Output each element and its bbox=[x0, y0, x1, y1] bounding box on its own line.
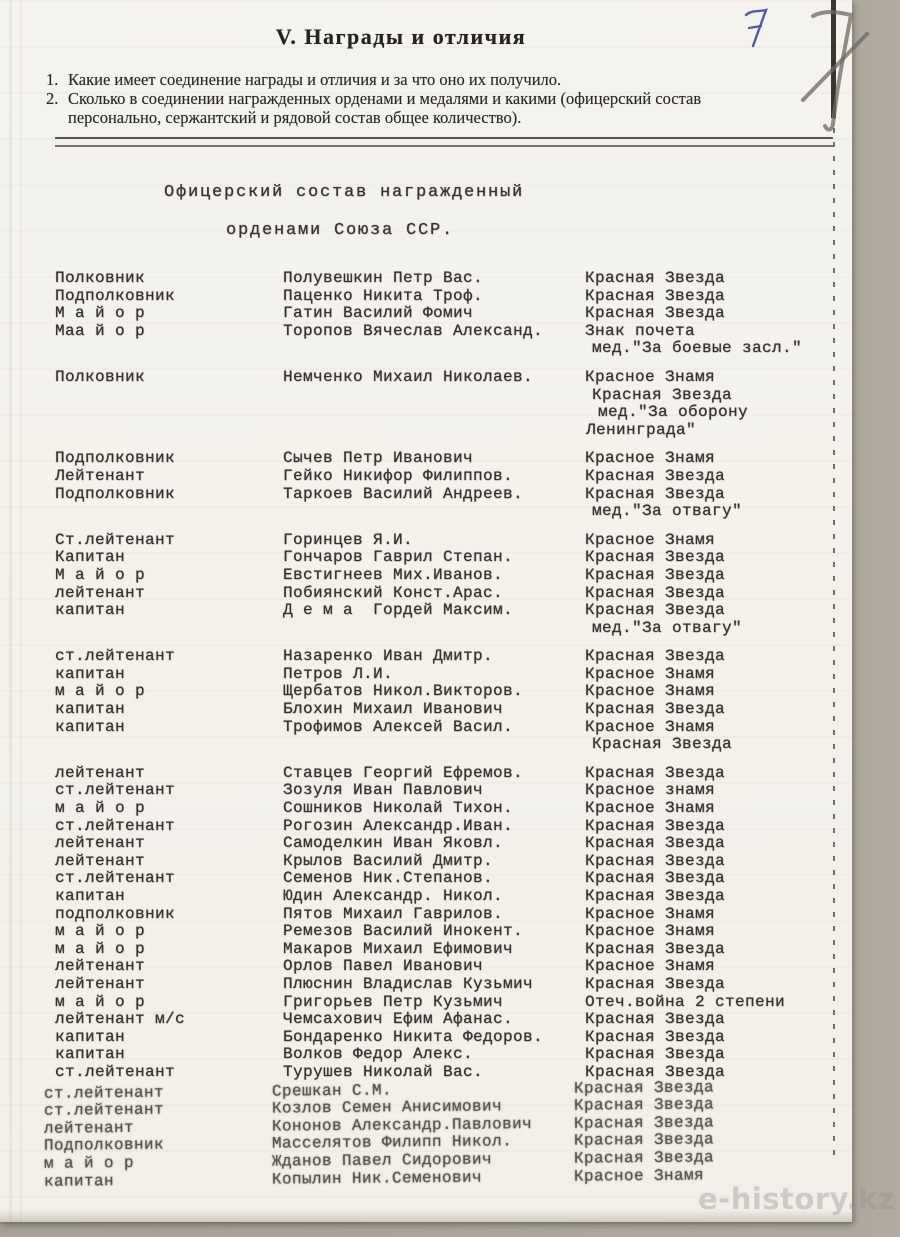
award-line: Красная Звезда bbox=[585, 976, 825, 994]
name-cell: Волков Федор Алекс. bbox=[283, 1046, 585, 1064]
rank-cell: лейтенант bbox=[55, 976, 283, 994]
awards-cell: Красная Звезда bbox=[585, 585, 825, 603]
name-cell: Сычев Петр Иванович bbox=[283, 450, 585, 468]
question-item: 2. Сколько в соединении награжденных орд… bbox=[46, 89, 782, 127]
award-line: Красная Звезда bbox=[585, 288, 825, 306]
scanned-page: V. Награды и отличия 1. Какие имеет соед… bbox=[0, 0, 852, 1222]
award-line: Красное Знамя bbox=[585, 450, 825, 468]
name-cell: Чемсахович Ефим Афанас. bbox=[283, 1011, 585, 1029]
section-heading-line1: Офицерский состав награжденный bbox=[164, 183, 852, 202]
page-title: V. Награды и отличия bbox=[40, 24, 762, 50]
pencil-mark bbox=[795, 2, 880, 142]
awards-cell: Красное Знамя bbox=[585, 683, 825, 701]
awards-cell: Красное Знамя bbox=[585, 800, 825, 818]
award-line: Красная Звезда bbox=[585, 648, 825, 666]
awards-cell: Красная Звезда bbox=[585, 870, 825, 888]
award-line: Красная Звезда bbox=[585, 835, 825, 853]
table-row: подполковникПятов Михаил Гаврилов.Красно… bbox=[55, 906, 825, 924]
table-row: КапитанГончаров Гаврил Степан.Красная Зв… bbox=[55, 549, 825, 567]
name-cell: Орлов Павел Иванович bbox=[283, 958, 585, 976]
name-cell: Полувешкин Петр Вас. bbox=[283, 270, 585, 288]
name-cell: Плюснин Владислав Кузьмич bbox=[283, 976, 585, 994]
table-row: ПодполковникСычев Петр ИвановичКрасное З… bbox=[55, 450, 825, 468]
award-line: мед."За отвагу" bbox=[592, 503, 825, 521]
awards-cell: Красная Звезда bbox=[585, 648, 825, 666]
name-cell: Паценко Никита Троф. bbox=[283, 288, 585, 306]
award-line: Красное Знамя bbox=[585, 369, 825, 387]
awards-cell: Красное Знамя bbox=[585, 532, 825, 550]
award-line: Отеч.война 2 степени bbox=[585, 994, 825, 1012]
award-line: Красная Звезда bbox=[585, 701, 825, 719]
table-row: ст.лейтенантРогозин Александр.Иван.Красн… bbox=[55, 818, 825, 836]
rank-cell: лейтенант bbox=[55, 765, 283, 783]
rank-cell: Подполковник bbox=[44, 1136, 272, 1156]
rank-cell: Подполковник bbox=[55, 288, 283, 306]
name-cell: Побиянский Конст.Арас. bbox=[283, 585, 585, 603]
award-line: Красная Звезда bbox=[592, 387, 825, 405]
award-line: Красная Звезда bbox=[585, 818, 825, 836]
award-group: ПолковникПолувешкин Петр Вас.Красная Зве… bbox=[55, 270, 825, 358]
awards-cell: Красная Звезда bbox=[585, 288, 825, 306]
awards-cell: Красная Звездамед."За отвагу" bbox=[585, 602, 825, 637]
rank-cell: лейтенант bbox=[55, 585, 283, 603]
awards-cell: Красная Звезда bbox=[585, 1011, 825, 1029]
name-cell: Бондаренко Никита Федоров. bbox=[283, 1029, 585, 1047]
name-cell: Копылин Ник.Семенович bbox=[272, 1168, 574, 1188]
awards-table: ПолковникПолувешкин Петр Вас.Красная Зве… bbox=[55, 270, 825, 1187]
name-cell: Петров Л.И. bbox=[283, 666, 585, 684]
awards-cell: Знак почетамед."За боевые засл." bbox=[585, 323, 825, 358]
rank-cell: Лейтенант bbox=[55, 468, 283, 486]
name-cell: Сошников Николай Тихон. bbox=[283, 800, 585, 818]
rank-cell: капитан bbox=[55, 719, 283, 754]
rank-cell: ст.лейтенант bbox=[55, 870, 283, 888]
awards-cell: Красная Звезда bbox=[585, 765, 825, 783]
award-line: Красная Звезда bbox=[585, 270, 825, 288]
name-cell: Таркоев Василий Андреев. bbox=[283, 486, 585, 521]
awards-cell: Красная Звезда bbox=[585, 567, 825, 585]
award-line: Красная Звезда bbox=[585, 1029, 825, 1047]
rank-cell: капитан bbox=[55, 1029, 283, 1047]
table-row: капитанБлохин Михаил ИвановичКрасная Зве… bbox=[55, 701, 825, 719]
name-cell: Григорьев Петр Кузьмич bbox=[283, 994, 585, 1012]
table-row: М а й о рЕвстигнеев Мих.Иванов.Красная З… bbox=[55, 567, 825, 585]
table-row: ст.лейтенантНазаренко Иван Дмитр.Красная… bbox=[55, 648, 825, 666]
page-edge-perforation bbox=[833, 100, 835, 1160]
table-row: лейтенантСтавцев Георгий Ефремов.Красная… bbox=[55, 765, 825, 783]
awards-cell: Красное знамя bbox=[585, 782, 825, 800]
award-line: Красное Знамя bbox=[585, 719, 825, 737]
award-line: Ленинграда" bbox=[586, 422, 825, 440]
table-row: капитанЮдин Александр. Никол.Красная Зве… bbox=[55, 888, 825, 906]
name-cell: Юдин Александр. Никол. bbox=[283, 888, 585, 906]
table-row: капитанБондаренко Никита Федоров.Красная… bbox=[55, 1029, 825, 1047]
rank-cell: м а й о р bbox=[55, 683, 283, 701]
award-line: Знак почета bbox=[585, 323, 825, 341]
awards-cell: Красная Звезда bbox=[585, 835, 825, 853]
name-cell: Зозуля Иван Павлович bbox=[283, 782, 585, 800]
award-line: Красная Звезда bbox=[585, 585, 825, 603]
section-heading-line2: орденами Союза ССР. bbox=[226, 221, 852, 240]
rank-cell: м а й о р bbox=[44, 1154, 272, 1174]
table-row: лейтенантОрлов Павел ИвановичКрасное Зна… bbox=[55, 958, 825, 976]
rank-cell: Полковник bbox=[55, 369, 283, 439]
name-cell: Гончаров Гаврил Степан. bbox=[283, 549, 585, 567]
award-line: Красная Звезда bbox=[585, 853, 825, 871]
award-group: Ст.лейтенантГоринцев Я.И.Красное ЗнамяКа… bbox=[55, 532, 825, 638]
question-number: 2. bbox=[46, 89, 68, 127]
award-line: Красное Знамя bbox=[585, 666, 825, 684]
award-line: Красная Звезда bbox=[585, 486, 825, 504]
name-cell: Евстигнеев Мих.Иванов. bbox=[283, 567, 585, 585]
awards-cell: Красная Звезда bbox=[585, 853, 825, 871]
name-cell: Крылов Василий Дмитр. bbox=[283, 853, 585, 871]
rank-cell: капитан bbox=[55, 602, 283, 637]
award-line: Красное Знамя bbox=[585, 800, 825, 818]
name-cell: Макаров Михаил Ефимович bbox=[283, 941, 585, 959]
awards-cell: Красное ЗнамяКрасная Звезда bbox=[585, 719, 825, 754]
award-line: мед."За отвагу" bbox=[592, 620, 825, 638]
svg-text:7: 7 bbox=[768, 10, 775, 22]
paper-crease bbox=[9, 0, 12, 1222]
award-line: Красная Звезда bbox=[585, 602, 825, 620]
table-row: ЛейтенантГейко Никифор Филиппов.Красная … bbox=[55, 468, 825, 486]
awards-cell: Красное Знамя bbox=[585, 666, 825, 684]
rank-cell: капитан bbox=[55, 1046, 283, 1064]
awards-cell: Отеч.война 2 степени bbox=[585, 994, 825, 1012]
table-row: лейтенантПобиянский Конст.Арас.Красная З… bbox=[55, 585, 825, 603]
table-row: м а й о рЩербатов Никол.Викторов.Красное… bbox=[55, 683, 825, 701]
name-cell: Жданов Павел Сидорович bbox=[272, 1151, 574, 1171]
awards-cell: Красная Звезда bbox=[585, 549, 825, 567]
award-line: Красная Звезда bbox=[585, 941, 825, 959]
awards-cell: Красная Звезда bbox=[585, 701, 825, 719]
table-row: м а й о рГригорьев Петр КузьмичОтеч.войн… bbox=[55, 994, 825, 1012]
table-row: капитанВолков Федор Алекс.Красная Звезда bbox=[55, 1046, 825, 1064]
table-row: лейтенантСамоделкин Иван Яковл.Красная З… bbox=[55, 835, 825, 853]
rank-cell: ст.лейтенант bbox=[55, 648, 283, 666]
name-cell: Турушев Николай Вас. bbox=[283, 1064, 585, 1082]
award-line: Красная Звезда bbox=[574, 1148, 814, 1168]
award-line: мед."За боевые засл." bbox=[592, 340, 825, 358]
award-line: Красная Звезда bbox=[585, 567, 825, 585]
rank-cell: лейтенант bbox=[55, 958, 283, 976]
name-cell: Назаренко Иван Дмитр. bbox=[283, 648, 585, 666]
table-row: лейтенантКрылов Василий Дмитр.Красная Зв… bbox=[55, 853, 825, 871]
rank-cell: капитан bbox=[55, 888, 283, 906]
section-divider bbox=[55, 137, 833, 147]
name-cell: Торопов Вячеслав Александ. bbox=[283, 323, 585, 358]
award-line: Красная Звезда bbox=[585, 888, 825, 906]
table-row: лейтенант м/сЧемсахович Ефим Афанас.Крас… bbox=[55, 1011, 825, 1029]
name-cell: Гатин Василий Фомич bbox=[283, 305, 585, 323]
awards-cell: Красная Звезда bbox=[585, 976, 825, 994]
rank-cell: ст.лейтенант bbox=[44, 1101, 272, 1121]
rank-cell: Ст.лейтенант bbox=[55, 532, 283, 550]
rank-cell: Маа й о р bbox=[55, 323, 283, 358]
rank-cell: м а й о р bbox=[55, 800, 283, 818]
rank-cell: капитан bbox=[44, 1171, 272, 1191]
rank-cell: лейтенант м/с bbox=[55, 1011, 283, 1029]
award-group: ст.лейтенантНазаренко Иван Дмитр.Красная… bbox=[55, 648, 825, 754]
table-row: капитанПетров Л.И.Красное Знамя bbox=[55, 666, 825, 684]
rank-cell: Полковник bbox=[55, 270, 283, 288]
award-line: Красная Звезда bbox=[585, 765, 825, 783]
rank-cell: подполковник bbox=[55, 906, 283, 924]
award-group: ПолковникНемченко Михаил Николаев.Красно… bbox=[55, 369, 825, 439]
table-row: м а й о рСошников Николай Тихон.Красное … bbox=[55, 800, 825, 818]
award-line: Красная Звезда bbox=[592, 736, 825, 754]
table-row: Маа й о рТоропов Вячеслав Александ.Знак … bbox=[55, 323, 825, 358]
awards-cell: Красное Знамя bbox=[585, 450, 825, 468]
award-line: Красное Знамя bbox=[585, 906, 825, 924]
table-row: ст.лейтенантСеменов Ник.Степанов.Красная… bbox=[55, 870, 825, 888]
paper-crease bbox=[20, 0, 22, 1222]
award-line: Красная Звезда bbox=[585, 1011, 825, 1029]
name-cell: Рогозин Александр.Иван. bbox=[283, 818, 585, 836]
name-cell: Самоделкин Иван Яковл. bbox=[283, 835, 585, 853]
award-line: Красное Знамя bbox=[585, 532, 825, 550]
awards-cell: Красное Знамя bbox=[585, 923, 825, 941]
rank-cell: М а й о р bbox=[55, 567, 283, 585]
table-row: ПолковникПолувешкин Петр Вас.Красная Зве… bbox=[55, 270, 825, 288]
table-row: м а й о рМакаров Михаил ЕфимовичКрасная … bbox=[55, 941, 825, 959]
rank-cell: м а й о р bbox=[55, 923, 283, 941]
awards-cell: Красная Звезда bbox=[585, 1046, 825, 1064]
award-line: Красная Звезда bbox=[585, 468, 825, 486]
rank-cell: Подполковник bbox=[55, 450, 283, 468]
name-cell: Д е м а Гордей Максим. bbox=[283, 602, 585, 637]
rank-cell: капитан bbox=[55, 701, 283, 719]
name-cell: Горинцев Я.И. bbox=[283, 532, 585, 550]
watermark: e-history.kz bbox=[698, 1182, 895, 1216]
rank-cell: М а й о р bbox=[55, 305, 283, 323]
award-line: Красная Звезда bbox=[574, 1096, 814, 1116]
table-row: ПодполковникПаценко Никита Троф.Красная … bbox=[55, 288, 825, 306]
question-item: 1. Какие имеет соединение награды и отли… bbox=[46, 70, 782, 89]
awards-cell: Красная Звезда bbox=[585, 270, 825, 288]
name-cell: Семенов Ник.Степанов. bbox=[283, 870, 585, 888]
rank-cell: ст.лейтенант bbox=[55, 1064, 283, 1082]
award-line: Красная Звезда bbox=[585, 1046, 825, 1064]
rank-cell: лейтенант bbox=[55, 835, 283, 853]
handwritten-page-number: 7 bbox=[742, 4, 776, 54]
table-row: ПолковникНемченко Михаил Николаев.Красно… bbox=[55, 369, 825, 439]
awards-cell: Красное Знамя bbox=[585, 906, 825, 924]
rank-cell: Подполковник bbox=[55, 486, 283, 521]
award-line: Красная Звезда bbox=[585, 870, 825, 888]
awards-cell: Красная Звездамед."За отвагу" bbox=[585, 486, 825, 521]
name-cell: Трофимов Алексей Васил. bbox=[283, 719, 585, 754]
award-line: Красная Звезда bbox=[585, 305, 825, 323]
award-line: Красная Звезда bbox=[585, 549, 825, 567]
name-cell: Немченко Михаил Николаев. bbox=[283, 369, 585, 439]
table-row: ст.лейтенантЗозуля Иван ПавловичКрасное … bbox=[55, 782, 825, 800]
awards-cell: Красная Звезда bbox=[585, 818, 825, 836]
rank-cell: ст.лейтенант bbox=[55, 818, 283, 836]
award-group: лейтенантСтавцев Георгий Ефремов.Красная… bbox=[55, 765, 825, 1187]
table-row: капитанТрофимов Алексей Васил.Красное Зн… bbox=[55, 719, 825, 754]
rank-cell: м а й о р bbox=[55, 941, 283, 959]
awards-cell: Красное Знамя bbox=[585, 958, 825, 976]
question-number: 1. bbox=[46, 70, 68, 89]
awards-cell: Красная Звезда bbox=[574, 1096, 814, 1116]
awards-cell: Красная Звезда bbox=[585, 941, 825, 959]
awards-cell: Красная Звезда bbox=[585, 468, 825, 486]
intro-questions: 1. Какие имеет соединение награды и отли… bbox=[46, 70, 782, 127]
rank-cell: лейтенант bbox=[55, 853, 283, 871]
award-group: ПодполковникСычев Петр ИвановичКрасное З… bbox=[55, 450, 825, 520]
table-row: М а й о рГатин Василий ФомичКрасная Звез… bbox=[55, 305, 825, 323]
name-cell: Гейко Никифор Филиппов. bbox=[283, 468, 585, 486]
awards-cell: Красная Звезда bbox=[585, 888, 825, 906]
name-cell: Щербатов Никол.Викторов. bbox=[283, 683, 585, 701]
award-line: Красное Знамя bbox=[585, 683, 825, 701]
name-cell: Ремезов Василий Инокент. bbox=[283, 923, 585, 941]
name-cell: Ставцев Георгий Ефремов. bbox=[283, 765, 585, 783]
rank-cell: м а й о р bbox=[55, 994, 283, 1012]
awards-cell: Красная Звезда bbox=[574, 1148, 814, 1168]
awards-cell: Красное ЗнамяКрасная Звездамед."За оборо… bbox=[585, 369, 825, 439]
table-row: капитанД е м а Гордей Максим.Красная Зве… bbox=[55, 602, 825, 637]
award-line: Красное Знамя bbox=[585, 958, 825, 976]
name-cell: Блохин Михаил Иванович bbox=[283, 701, 585, 719]
table-row: ПодполковникТаркоев Василий Андреев.Крас… bbox=[55, 486, 825, 521]
rank-cell: Капитан bbox=[55, 549, 283, 567]
table-row: Ст.лейтенантГоринцев Я.И.Красное Знамя bbox=[55, 532, 825, 550]
awards-cell: Красная Звезда bbox=[585, 305, 825, 323]
award-line: мед."За оборону bbox=[598, 404, 825, 422]
rank-cell: капитан bbox=[55, 666, 283, 684]
award-line: Красное знамя bbox=[585, 782, 825, 800]
table-row: м а й о рРемезов Василий Инокент.Красное… bbox=[55, 923, 825, 941]
awards-cell: Красная Звезда bbox=[585, 1029, 825, 1047]
question-text: Какие имеет соединение награды и отличия… bbox=[68, 70, 561, 89]
name-cell: Пятов Михаил Гаврилов. bbox=[283, 906, 585, 924]
award-line: Красное Знамя bbox=[585, 923, 825, 941]
table-row: лейтенантПлюснин Владислав КузьмичКрасна… bbox=[55, 976, 825, 994]
rank-cell: ст.лейтенант bbox=[55, 782, 283, 800]
question-text: Сколько в соединении награжденных ордена… bbox=[68, 89, 782, 127]
